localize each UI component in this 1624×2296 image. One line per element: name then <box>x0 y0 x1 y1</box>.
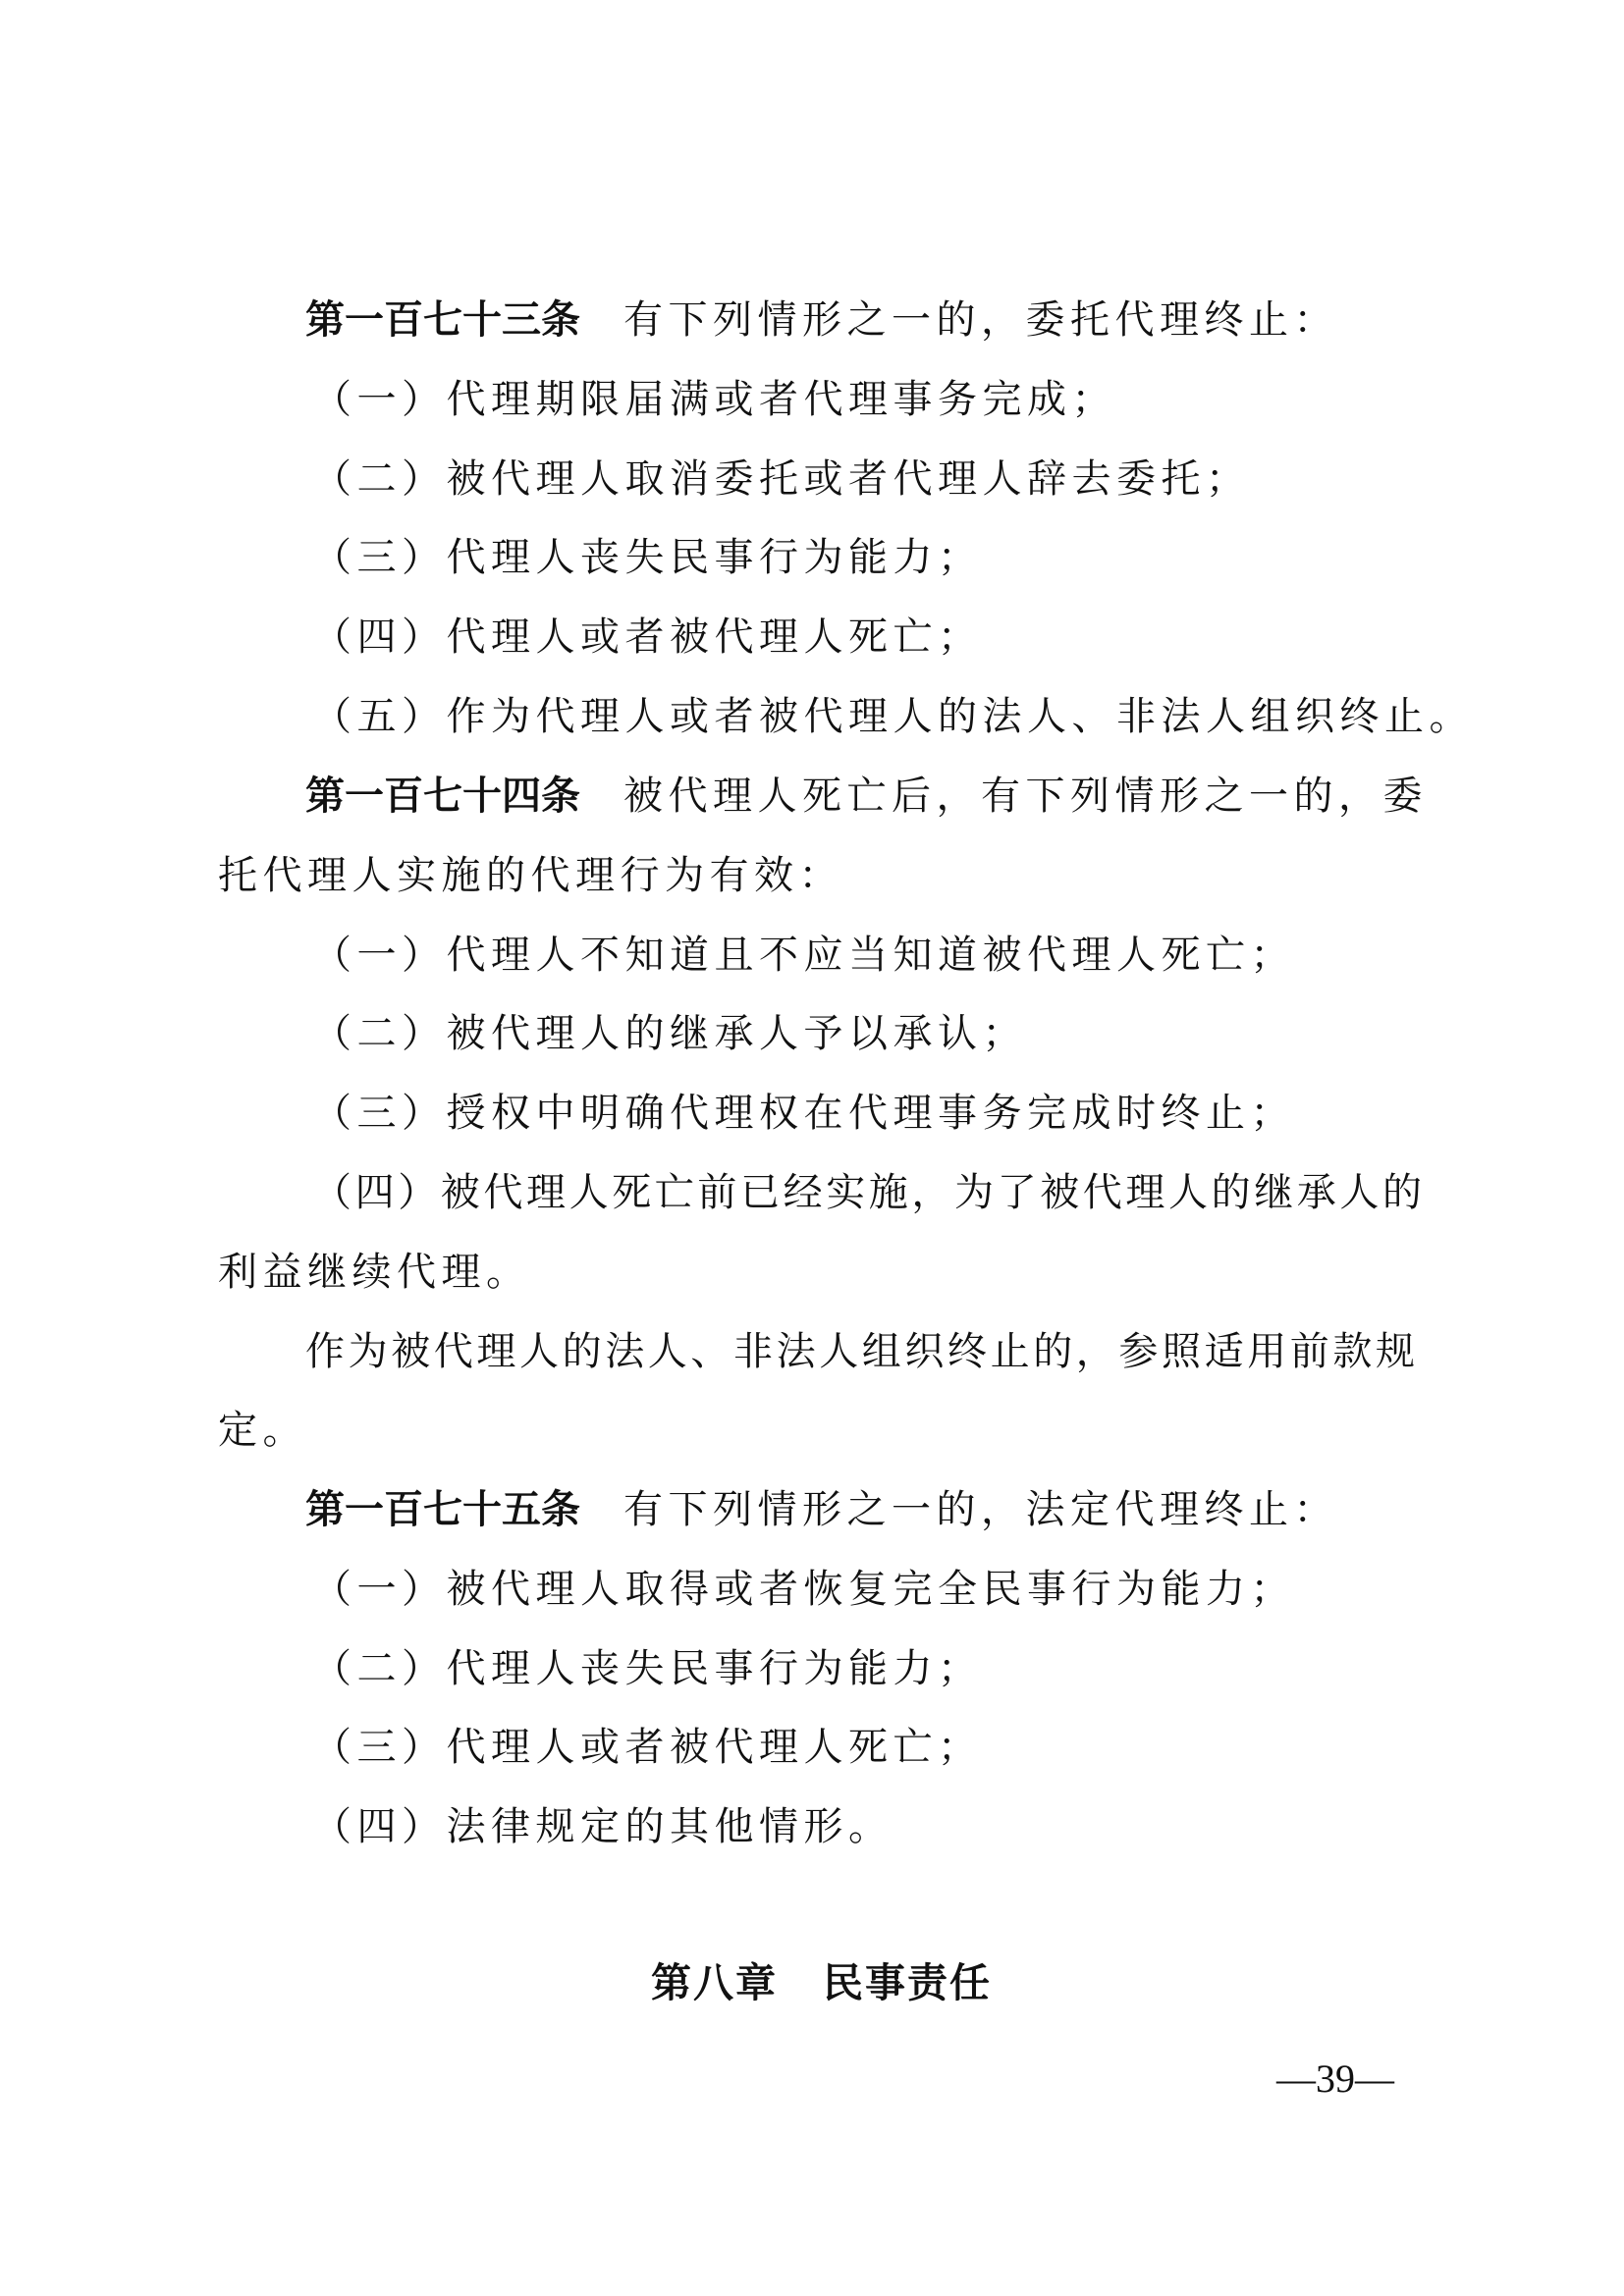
list-item: （三）代理人或者被代理人死亡； <box>312 1718 1520 1777</box>
list-item: （四）法律规定的其他情形。 <box>312 1797 1520 1856</box>
list-item: （二）代理人丧失民事行为能力； <box>312 1639 1520 1698</box>
document-page: 第一百七十三条有下列情形之一的，委托代理终止： （一）代理期限届满或者代理事务完… <box>0 0 1624 2296</box>
article-174-line: 第一百七十四条被代理人死亡后，有下列情形之一的，委 <box>305 767 1426 826</box>
paragraph-continuation: 利益继续代理。 <box>218 1243 1426 1302</box>
list-item: （三）授权中明确代理权在代理事务完成时终止； <box>312 1084 1520 1143</box>
list-item: （二）被代理人取消委托或者代理人辞去委托； <box>312 450 1520 508</box>
list-item: （四）被代理人死亡前已经实施，为了被代理人的继承人的 <box>312 1163 1426 1222</box>
article-heading: 第一百七十四条 <box>305 774 580 819</box>
list-item: （三）代理人丧失民事行为能力； <box>312 528 1520 587</box>
list-item: （一）被代理人取得或者恢复完全民事行为能力； <box>312 1560 1520 1619</box>
chapter-title: 民事责任 <box>823 1959 992 2006</box>
list-item: （二）被代理人的继承人予以承认； <box>312 1004 1520 1063</box>
paragraph-continuation: 托代理人实施的代理行为有效： <box>218 846 1426 905</box>
chapter-number: 第八章 <box>651 1959 778 2006</box>
article-173-line: 第一百七十三条有下列情形之一的，委托代理终止： <box>305 291 1513 349</box>
list-item: （一）代理期限届满或者代理事务完成； <box>312 370 1520 429</box>
article-intro: 被代理人死亡后，有下列情形之一的，委 <box>623 774 1428 819</box>
article-175-line: 第一百七十五条有下列情形之一的，法定代理终止： <box>305 1480 1513 1539</box>
page-number: —39— <box>1276 2050 1394 2109</box>
list-item: （四）代理人或者被代理人死亡； <box>312 608 1520 667</box>
paragraph: 作为被代理人的法人、非法人组织终止的，参照适用前款规 <box>305 1322 1426 1381</box>
article-heading: 第一百七十三条 <box>305 297 580 343</box>
list-item: （五）作为代理人或者被代理人的法人、非法人组织终止。 <box>312 687 1520 746</box>
paragraph-continuation: 定。 <box>218 1401 1426 1460</box>
article-intro: 有下列情形之一的，法定代理终止： <box>623 1487 1338 1532</box>
article-heading: 第一百七十五条 <box>305 1487 580 1532</box>
list-item: （一）代理人不知道且不应当知道被代理人死亡； <box>312 926 1520 985</box>
article-intro: 有下列情形之一的，委托代理终止： <box>623 297 1338 343</box>
chapter-heading: 第八章民事责任 <box>651 1953 992 2012</box>
